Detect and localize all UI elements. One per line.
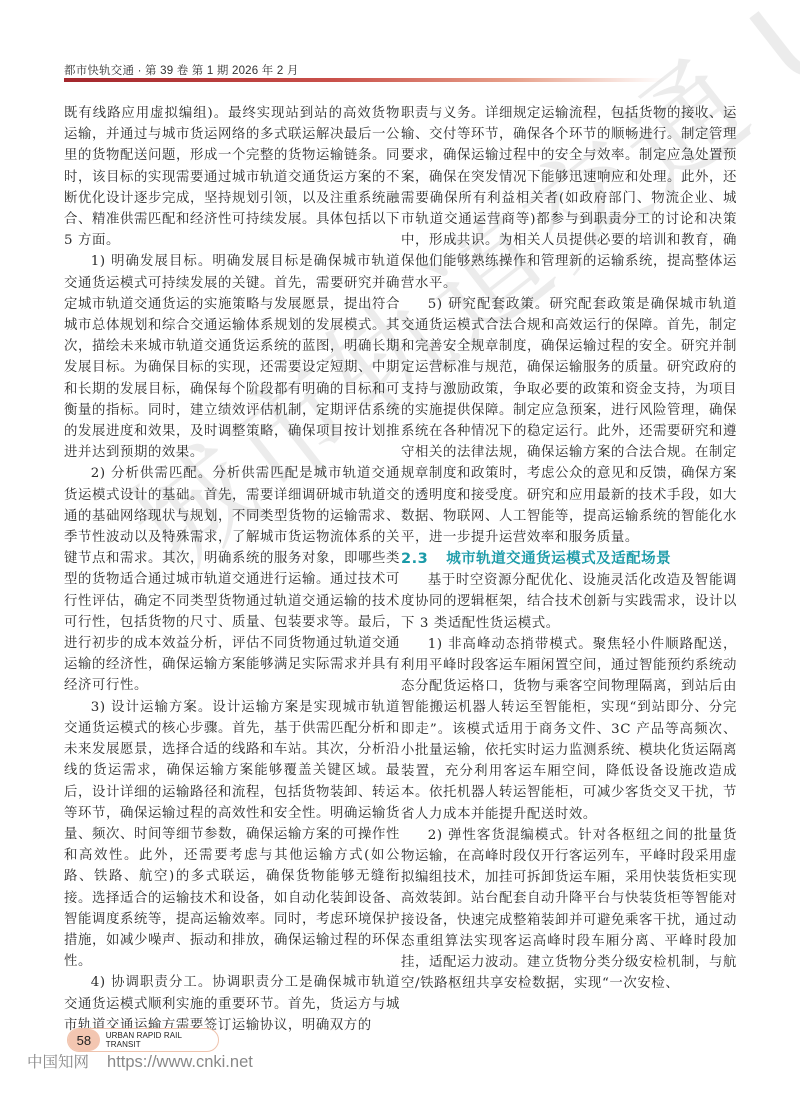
running-head: 都市快轨交通 · 第 39 卷 第 1 期 2026 年 2 月 [64,62,299,78]
paragraph-supply-demand: 2) 分析供需匹配。分析供需匹配是城市轨道交通货运模式设计的基础。首先，需要详细… [64,463,400,696]
header-rule [64,78,664,82]
site-name: 中国知网 [27,1053,89,1071]
section-title: 城市轨道交通货运模式及适配场景 [446,551,671,567]
paragraph-mixed-mode: 2) 弹性客货混编模式。针对各枢纽之间的批量货物运输，在高峰时段仅开行客运列车，… [401,825,737,995]
paragraph-intro: 基于时空资源分配优化、设施灵活化改造及智能调度协同的逻辑框架，结合技术创新与实践… [401,570,737,634]
page-number: 58 [68,1029,100,1051]
paragraph-policy: 5) 研究配套政策。研究配套政策是确保城市轨道交通货运模式合法合规和高效运行的保… [401,294,737,548]
site-url[interactable]: https://www.cnki.net [107,1053,253,1071]
paragraph: 既有线路应用虚拟编组)。最终实现站到站的高效货物运输，并通过与城市货运网络的多式… [64,103,400,251]
section-number: 2.3 [401,551,428,567]
footer-pill: 58 URBAN RAPID RAIL TRANSIT [67,1028,219,1052]
paragraph-offpeak-mode: 1) 非高峰动态捎带模式。聚焦轻小件顺路配送，利用平峰时段客运车厢闲置空间，通过… [401,634,737,825]
paragraph: 职责与义务。详细规定运输流程，包括货物的接收、运输、交付等环节，确保各个环节的顺… [401,103,737,294]
right-column: 职责与义务。详细规定运输流程，包括货物的接收、运输、交付等环节，确保各个环节的顺… [401,103,737,994]
paragraph-responsibility: 4) 协调职责分工。协调职责分工是确保城市轨道交通货运模式顺利实施的重要环节。首… [64,972,400,1036]
paragraph-goal: 1) 明确发展目标。明确发展目标是确保城市轨道交通货运模式可持续发展的关键。首先… [64,251,400,463]
source-bar: 中国知网https://www.cnki.net [27,1050,253,1072]
left-column: 既有线路应用虚拟编组)。最终实现站到站的高效货物运输，并通过与城市货运网络的多式… [64,103,400,1036]
journal-name: URBAN RAPID RAIL TRANSIT [106,1031,218,1049]
paragraph-transport-plan: 3) 设计运输方案。设计运输方案是实现城市轨道交通货运模式的核心步骤。首先，基于… [64,697,400,973]
section-heading: 2.3城市轨道交通货运模式及适配场景 [401,548,737,570]
